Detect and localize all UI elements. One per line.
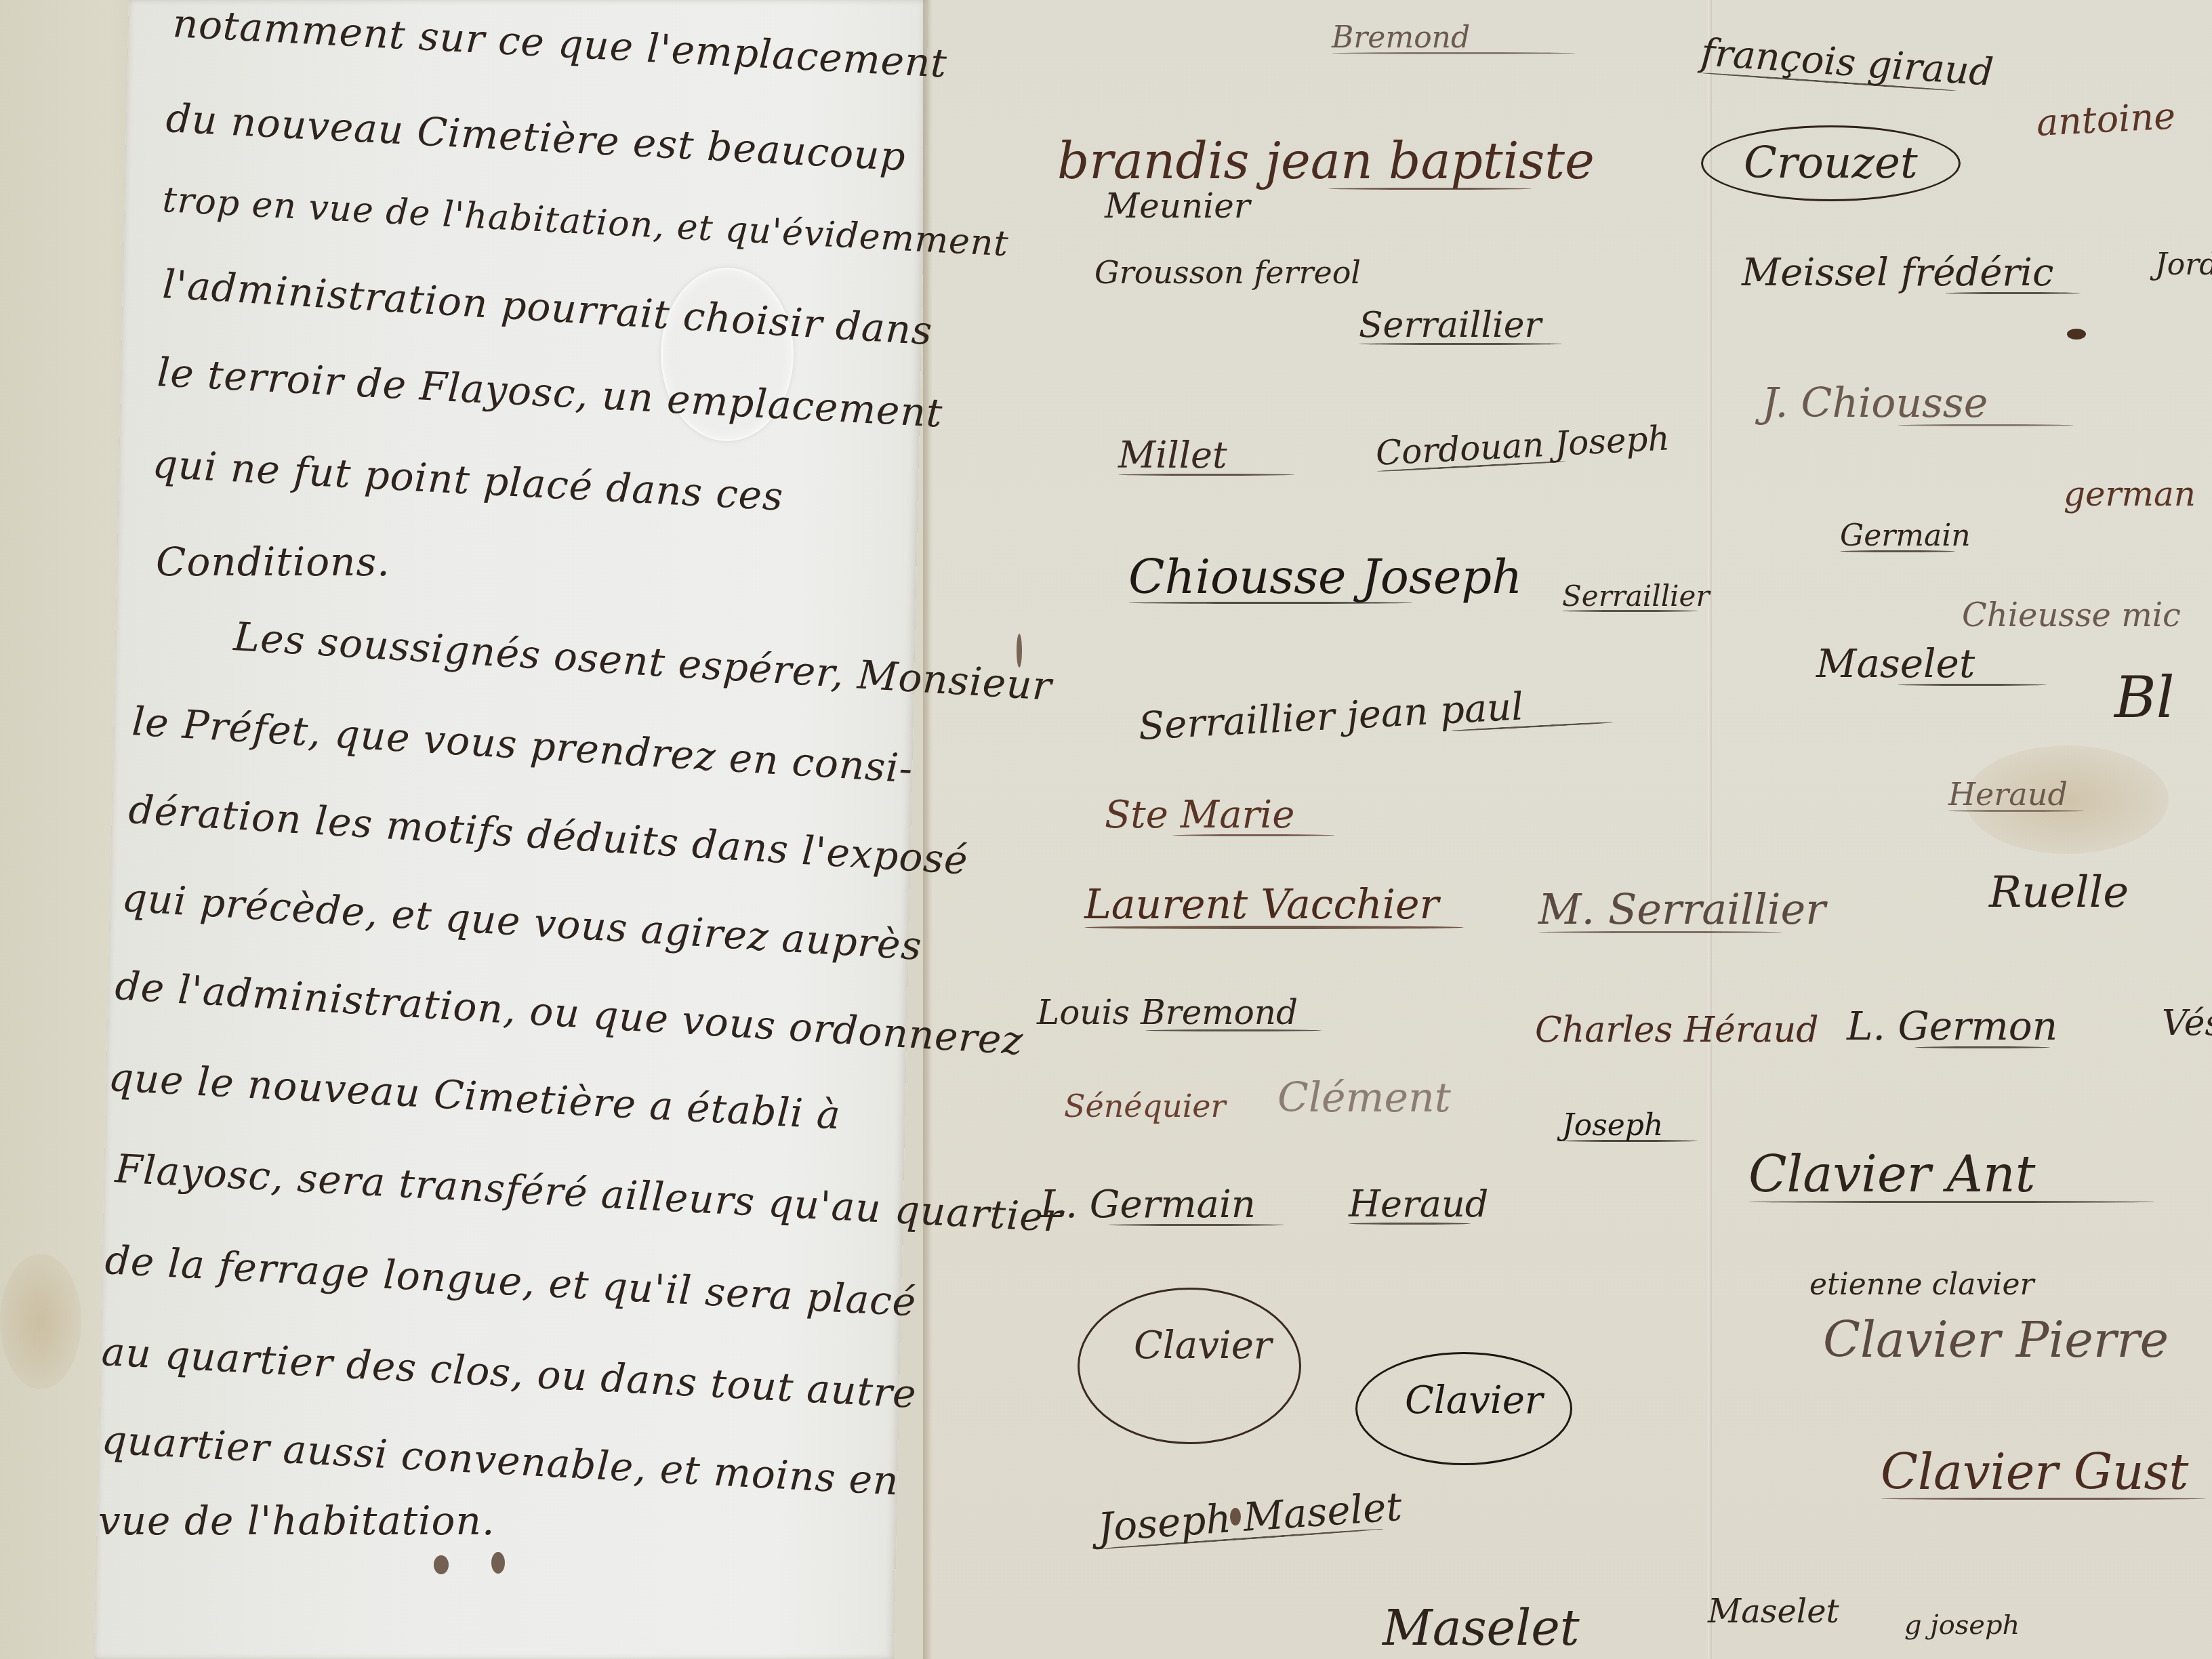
signature: Clément: [1277, 1074, 1451, 1122]
signature: Serraillier: [1562, 579, 1710, 612]
signature: Chieusse mic: [1962, 596, 2181, 634]
signature: Vésa: [2162, 1003, 2212, 1044]
signature: Heraud: [1349, 1183, 1488, 1225]
signature: Clavier Pierre: [1823, 1311, 2169, 1368]
paper-crease: [1708, 0, 1712, 1659]
signature: g joseph: [1904, 1610, 2020, 1641]
signature: Heraud: [1948, 776, 2084, 812]
signature: Maselet: [1708, 1593, 1839, 1631]
signature: L. Germon: [1847, 1003, 2057, 1048]
signature: antoine: [2035, 94, 2176, 144]
signature: Ste Marie: [1105, 793, 1335, 836]
signature: german: [2064, 474, 2196, 514]
letter-line: vue de l'habitation.: [98, 1498, 495, 1544]
signature: Chiousse Joseph: [1128, 549, 1522, 604]
signature: Maselet: [1382, 1599, 1580, 1656]
signature: Millet: [1118, 434, 1294, 476]
signature: Charles Héraud: [1535, 1010, 1819, 1050]
signature: L. Germain: [1040, 1183, 1284, 1226]
ink-blot: [434, 1555, 449, 1574]
signature: Meissel frédéric: [1742, 251, 2081, 294]
signature: J. Chiousse: [1762, 380, 2074, 426]
letter-line: Conditions.: [156, 539, 390, 585]
signature: Sénéquier: [1064, 1088, 1226, 1124]
signature: Clavier: [1078, 1288, 1301, 1444]
signature: Crouzet: [1701, 125, 1961, 201]
signature: Grousson ferreol: [1094, 254, 1361, 291]
signature: Louis Bremond: [1037, 993, 1322, 1031]
signature: Serraillier: [1359, 305, 1562, 345]
signature: Meunier: [1105, 186, 1250, 226]
signature: Germain: [1840, 518, 1971, 552]
signature: etienne clavier: [1809, 1267, 2034, 1302]
signature: brandis jean baptiste: [1057, 132, 1595, 190]
signature: Clavier Gust: [1881, 1443, 2206, 1500]
signature: Joseph: [1562, 1108, 1698, 1142]
signature: Laurent Vacchier: [1084, 881, 1464, 929]
signature: Jord: [2155, 247, 2212, 282]
signature: Bl: [2114, 664, 2175, 731]
signature: Maselet: [1816, 640, 2047, 686]
signature: Ruelle: [1989, 867, 2129, 918]
signature: M. Serraillier: [1538, 884, 1826, 933]
paper-stain: [0, 1254, 81, 1389]
signature: Bremond: [1332, 20, 1576, 54]
ink-blot: [2067, 329, 2086, 340]
signature: Clavier: [1355, 1352, 1572, 1465]
ink-blot: [491, 1552, 505, 1574]
signature: Clavier Ant: [1748, 1145, 2155, 1203]
